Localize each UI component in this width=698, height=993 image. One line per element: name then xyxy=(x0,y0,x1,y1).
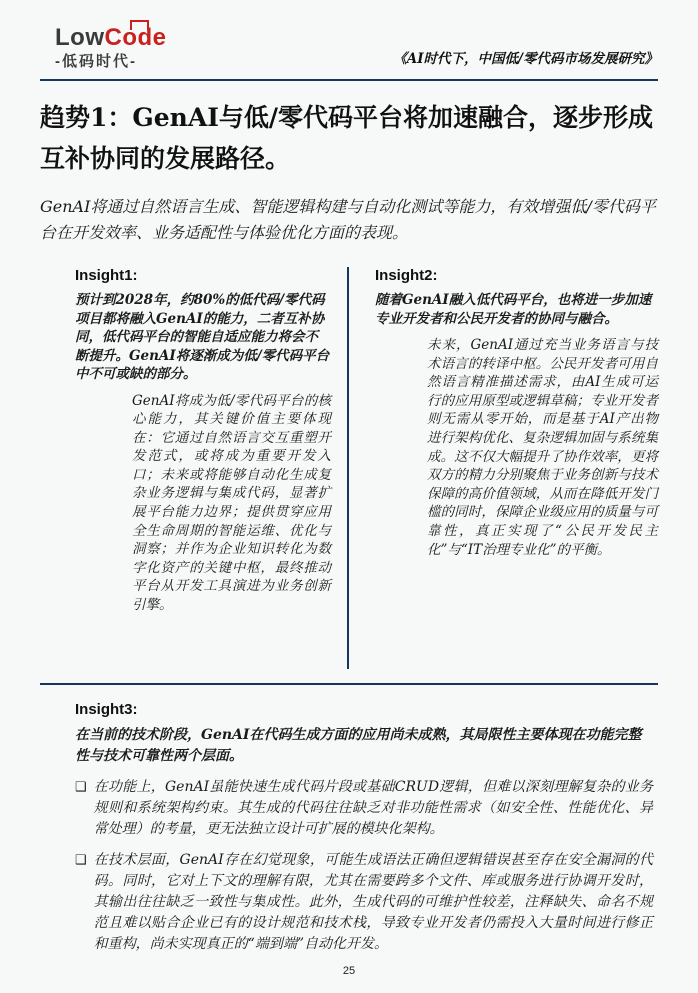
insight1-body: GenAI将成为低/零代码平台的核心能力，其关键价值主要体现在：它通过自然语言交… xyxy=(132,392,331,615)
insight2-summary: 随着GenAI融入低代码平台，也将进一步加速专业开发者和公民开发者的协同与融合。 xyxy=(375,291,658,328)
bullet-text: 在技术层面，GenAI存在幻觉现象，可能生成语法正确但逻辑错误甚至存在安全漏洞的… xyxy=(94,850,653,955)
insight2-body: 未来，GenAI通过充当业务语言与技术语言的转译中枢。公民开发者可用自然语言精准… xyxy=(427,336,658,559)
logo-text-low: Low xyxy=(55,24,105,51)
logo-subtitle: -低码时代- xyxy=(55,54,167,69)
insight1-column: Insight1: 预计到2028年，约80%的低代码/零代码项目都将融入Gen… xyxy=(75,267,347,669)
bullet-text: 在功能上，GenAI虽能快速生成代码片段或基础CRUD逻辑，但难以深刻理解复杂的… xyxy=(94,777,653,840)
list-item: ❑ 在功能上，GenAI虽能快速生成代码片段或基础CRUD逻辑，但难以深刻理解复… xyxy=(75,777,653,840)
square-bullet-icon: ❑ xyxy=(75,850,87,955)
insight3-summary: 在当前的技术阶段，GenAI在代码生成方面的应用尚未成熟，其局限性主要体现在功能… xyxy=(75,725,653,767)
insight3-divider xyxy=(40,683,658,685)
insight-columns: Insight1: 预计到2028年，约80%的低代码/零代码项目都将融入Gen… xyxy=(75,267,658,669)
report-title: 《AI时代下，中国低/零代码市场发展研究》 xyxy=(393,47,658,69)
insight3-section: Insight3: 在当前的技术阶段，GenAI在代码生成方面的应用尚未成熟，其… xyxy=(75,701,653,955)
list-item: ❑ 在技术层面，GenAI存在幻觉现象，可能生成语法正确但逻辑错误甚至存在安全漏… xyxy=(75,850,653,955)
lowcode-logo: LowCode -低码时代- xyxy=(55,26,167,69)
intro-paragraph: GenAI将通过自然语言生成、智能逻辑构建与自动化测试等能力，有效增强低/零代码… xyxy=(40,194,658,246)
logo-wordmark: LowCode xyxy=(55,26,167,50)
insight1-heading: Insight1: xyxy=(75,267,331,284)
insight3-heading: Insight3: xyxy=(75,701,653,718)
insight1-summary: 预计到2028年，约80%的低代码/零代码项目都将融入GenAI的能力，二者互补… xyxy=(75,291,331,384)
insight2-column: Insight2: 随着GenAI融入低代码平台，也将进一步加速专业开发者和公民… xyxy=(349,267,658,669)
logo-bracket-icon xyxy=(130,20,149,30)
page-title: 趋势1：GenAI与低/零代码平台将加速融合，逐步形成互补协同的发展路径。 xyxy=(40,97,658,179)
square-bullet-icon: ❑ xyxy=(75,777,87,840)
insight2-heading: Insight2: xyxy=(375,267,658,284)
header-divider xyxy=(40,79,658,81)
document-page: LowCode -低码时代- 《AI时代下，中国低/零代码市场发展研究》 趋势1… xyxy=(0,0,698,993)
page-number: 25 xyxy=(0,965,698,977)
insight3-bullets: ❑ 在功能上，GenAI虽能快速生成代码片段或基础CRUD逻辑，但难以深刻理解复… xyxy=(75,777,653,955)
page-header: LowCode -低码时代- 《AI时代下，中国低/零代码市场发展研究》 xyxy=(0,0,698,79)
